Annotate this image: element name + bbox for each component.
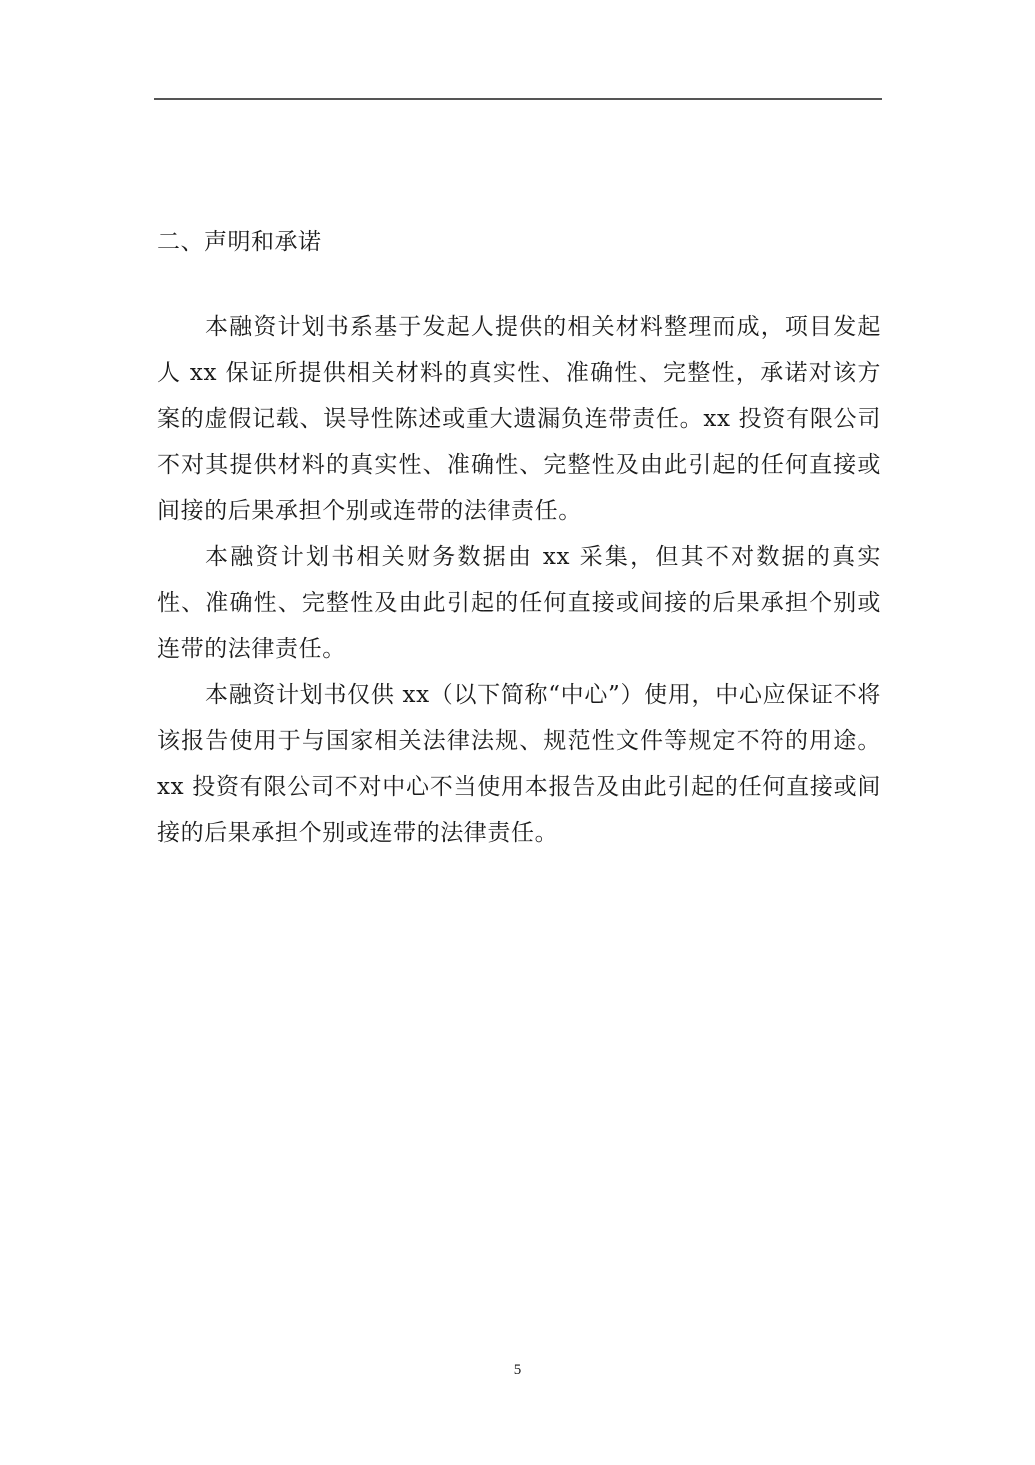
page-number: 5 xyxy=(0,1362,1035,1379)
section-title: 二、声明和承诺 xyxy=(157,226,881,258)
header-rule xyxy=(154,98,882,100)
page-content: 二、声明和承诺 本融资计划书系基于发起人提供的相关材料整理而成，项目发起人 xx… xyxy=(157,226,881,856)
paragraph-3: 本融资计划书仅供 xx（以下简称“中心”）使用，中心应保证不将该报告使用于与国家… xyxy=(157,672,881,856)
paragraph-1: 本融资计划书系基于发起人提供的相关材料整理而成，项目发起人 xx 保证所提供相关… xyxy=(157,304,881,534)
paragraph-2: 本融资计划书相关财务数据由 xx 采集，但其不对数据的真实性、准确性、完整性及由… xyxy=(157,534,881,672)
